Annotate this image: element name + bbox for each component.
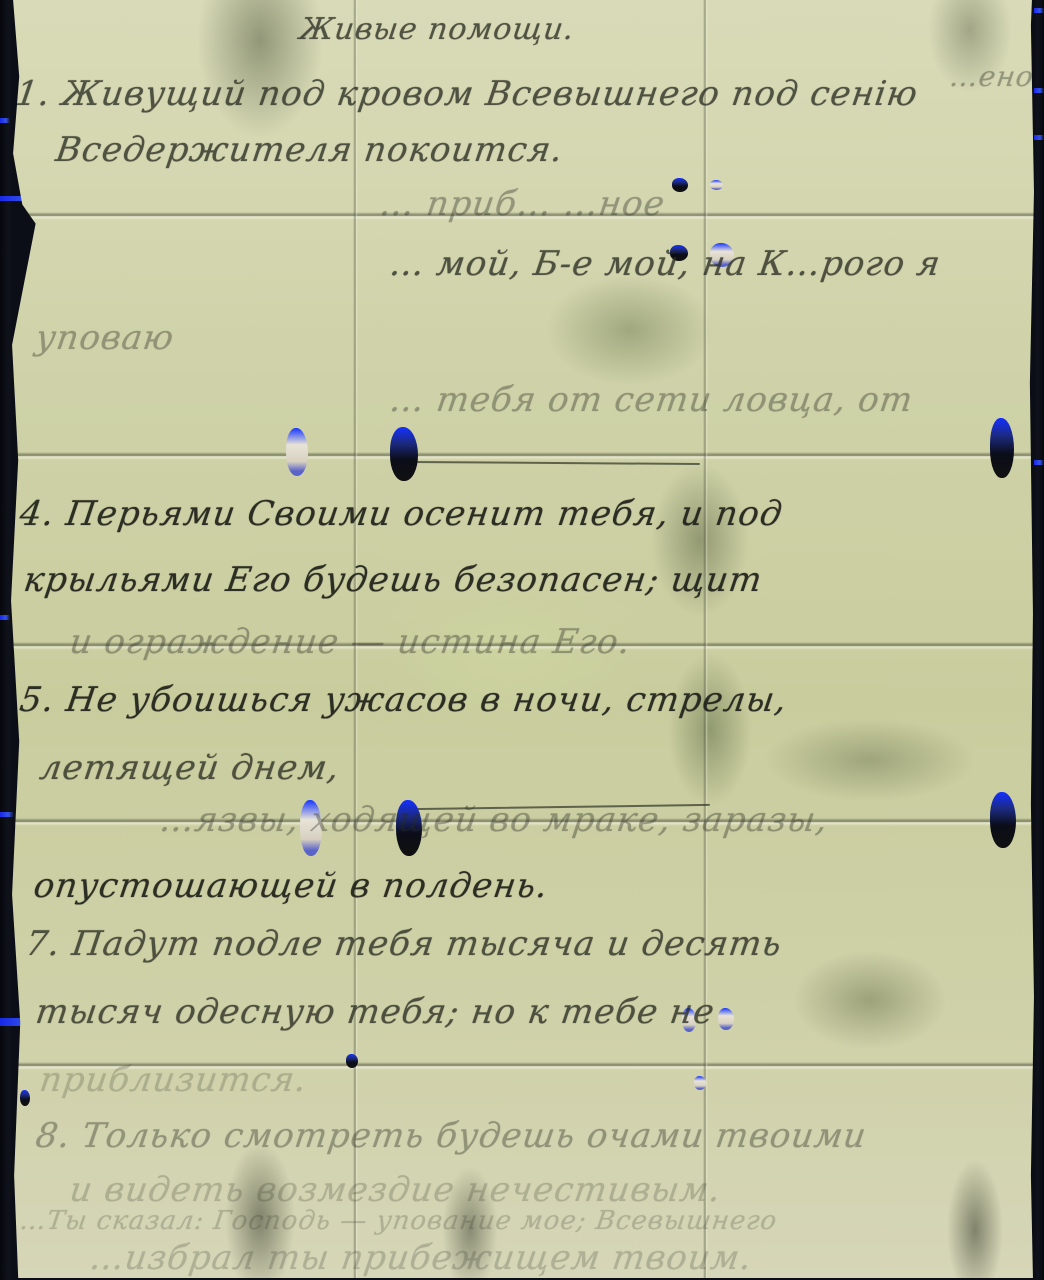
edge-note: …ено [948, 60, 1037, 93]
crease-tear [410, 461, 700, 465]
puncture-hole [718, 1008, 734, 1030]
text-line: уповаю [33, 318, 177, 358]
scan-artifact-streak [1034, 8, 1044, 13]
text-line: … приб… …ное [377, 184, 668, 224]
puncture-hole [286, 428, 308, 476]
text-line: и видеть возмездие нечестивым. [67, 1170, 724, 1210]
text-line: тысяч одесную тебя; но к тебе не [33, 992, 717, 1032]
fold-line-horizontal [10, 452, 1035, 460]
text-line: …Ты сказал: Господь — упование мое; Всев… [18, 1206, 779, 1236]
puncture-hole [346, 1054, 358, 1068]
text-line: летящей днем, [37, 748, 342, 788]
puncture-hole [20, 1090, 30, 1106]
text-line: 1. Живущий под кровом Всевышнего под сен… [13, 74, 921, 114]
scan-artifact-streak [0, 615, 10, 620]
scan-artifact-streak [0, 812, 14, 817]
text-line: 7. Падут подле тебя тысяча и десять [23, 924, 784, 964]
puncture-hole [990, 792, 1016, 848]
scan-artifact-streak [0, 118, 10, 123]
puncture-hole [990, 418, 1014, 478]
text-line: приблизится. [37, 1060, 310, 1100]
text-line: 5. Не убоишься ужасов в ночи, стрелы, [17, 680, 790, 720]
text-line: крыльями Его будешь безопасен; щит [21, 560, 765, 600]
scan-artifact-streak [1034, 135, 1044, 140]
text-line: …язвы, ходящей во мраке, заразы, [157, 800, 831, 840]
document-title: Живые помощи. [298, 12, 577, 47]
puncture-hole [694, 1076, 706, 1090]
document-page: Живые помощи. 1. Живущий под кровом Всев… [10, 0, 1035, 1278]
text-line: и ограждение — истина Его. [67, 622, 633, 662]
text-line: …избрал ты прибежищем твоим. [87, 1238, 755, 1278]
text-line: … мой, Б-е мой, на К…рого я [387, 244, 943, 284]
puncture-hole [672, 178, 688, 192]
text-line: … тебя от сети ловца, от [387, 380, 916, 420]
puncture-hole [710, 180, 723, 190]
scan-artifact-streak [1034, 88, 1044, 93]
text-line: Вседержителя покоится. [53, 130, 566, 170]
puncture-hole [390, 427, 418, 481]
text-line: опустошающей в полдень. [31, 866, 551, 906]
text-line: 8. Только смотреть будешь очами твоими [33, 1116, 869, 1156]
scan-artifact-streak [1034, 460, 1044, 465]
text-line: 4. Перьями Своими осенит тебя, и под [17, 494, 785, 534]
